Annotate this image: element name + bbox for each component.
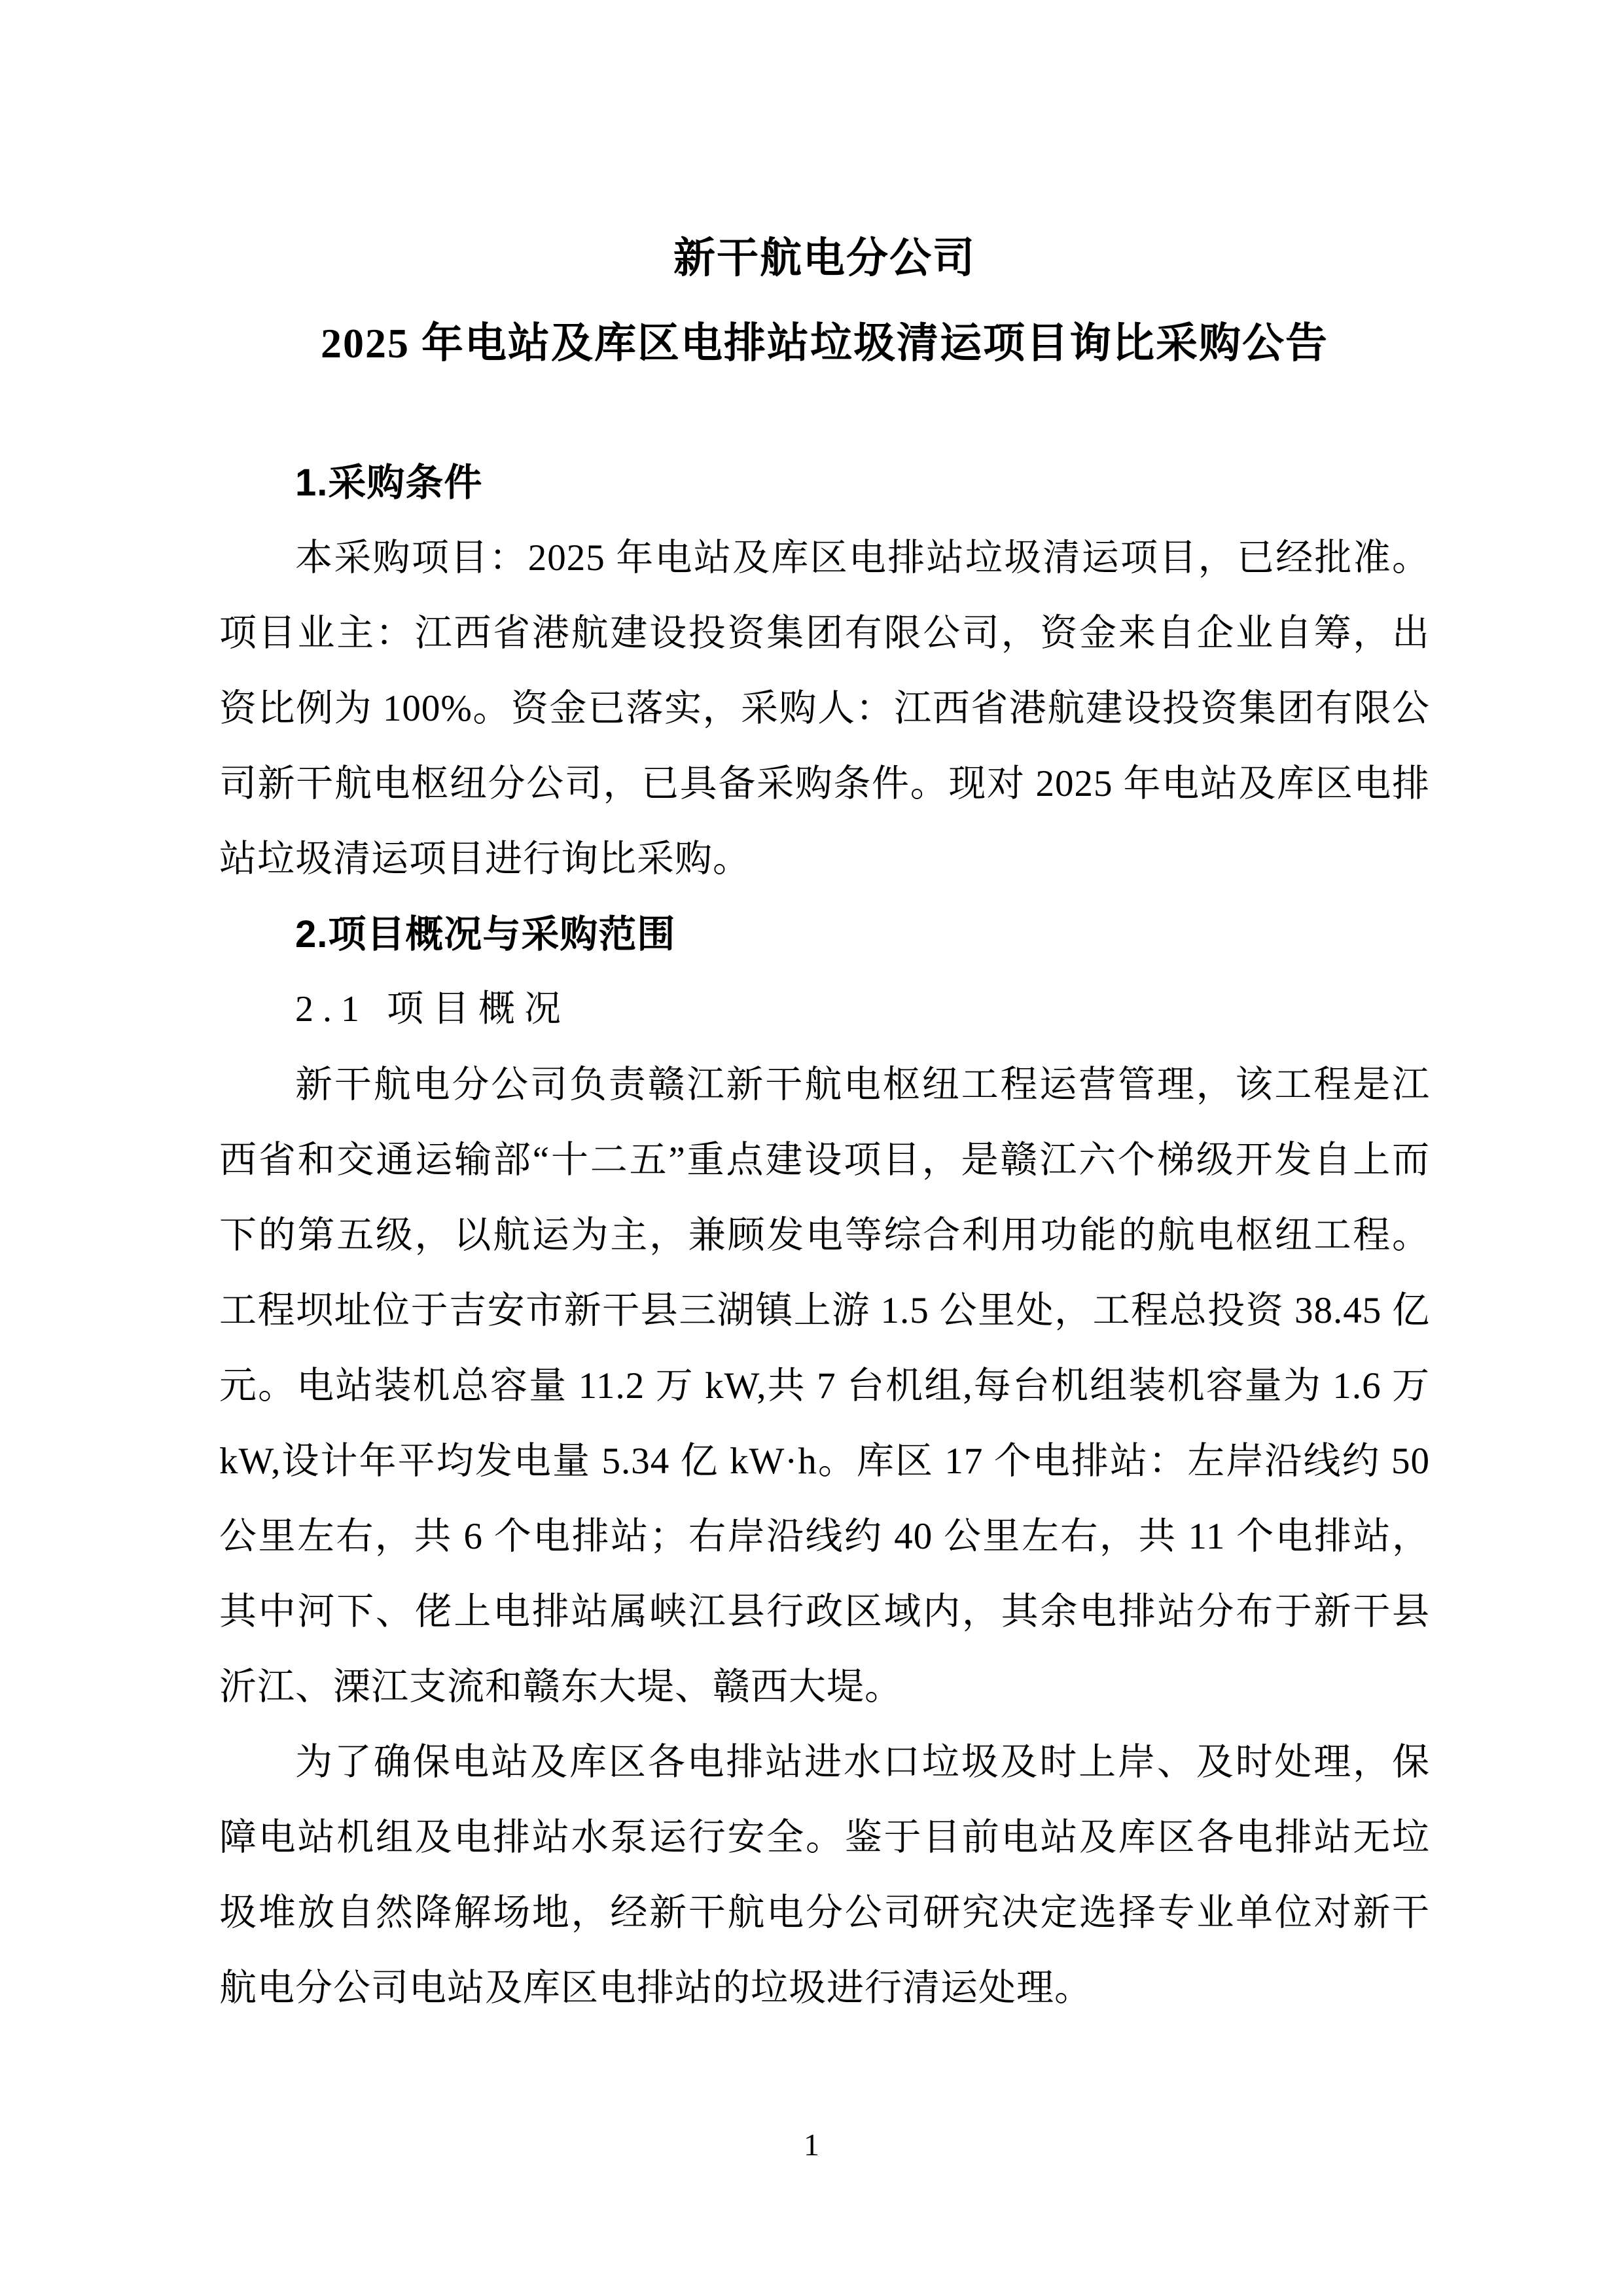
- section-2-heading: 2.项目概况与采购范围: [219, 897, 1430, 972]
- section-2-1-paragraph-1: 新干航电分公司负责赣江新干航电枢纽工程运营管理，该工程是江西省和交通运输部“十二…: [219, 1047, 1430, 1725]
- section-2-1-heading: 2.1 项目概况: [219, 972, 1430, 1047]
- section-1-heading: 1.采购条件: [219, 445, 1430, 520]
- section-2-1-paragraph-2: 为了确保电站及库区各电排站进水口垃圾及时上岸、及时处理，保障电站机组及电排站水泵…: [219, 1725, 1430, 2026]
- doc-title-line2: 2025 年电站及库区电排站垃圾清运项目询比采购公告: [219, 301, 1430, 386]
- doc-title-line1: 新干航电分公司: [219, 216, 1430, 301]
- document-page: 新干航电分公司 2025 年电站及库区电排站垃圾清运项目询比采购公告 1.采购条…: [0, 0, 1623, 2296]
- section-1-paragraph: 本采购项目：2025 年电站及库区电排站垃圾清运项目，已经批准。项目业主：江西省…: [219, 520, 1430, 897]
- page-number: 1: [0, 2126, 1623, 2165]
- document-content: 新干航电分公司 2025 年电站及库区电排站垃圾清运项目询比采购公告 1.采购条…: [219, 216, 1430, 2026]
